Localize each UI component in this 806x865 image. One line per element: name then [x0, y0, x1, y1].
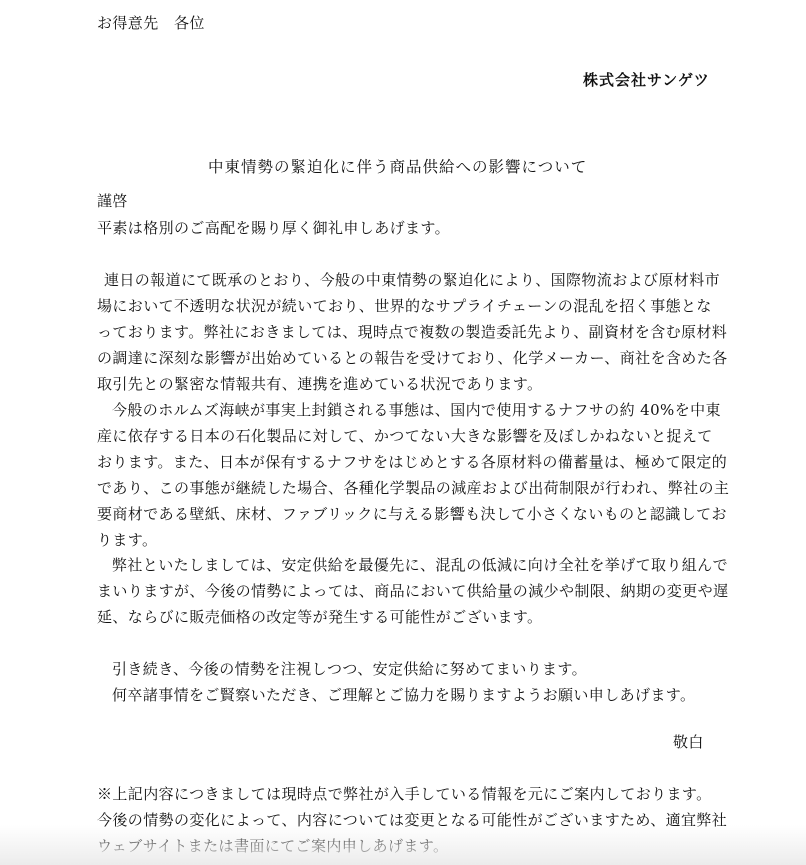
paragraph-line: ります。 [97, 530, 707, 550]
footnote-line: ウェブサイトまたは書面にてご案内申しあげます。 [97, 836, 707, 856]
paragraph-line: おります。また、日本が保有するナフサをはじめとする各原材料の備蓄量は、極めて限定… [97, 452, 707, 472]
opening-salutation: 謹啓 [97, 191, 707, 211]
paragraph-line: 引き続き、今後の情勢を注視しつつ、安定供給に努めてまいります。 [112, 659, 722, 679]
paragraph-line: 延、ならびに販売価格の改定等が発生する可能性がございます。 [97, 607, 707, 627]
paragraph-line: 何卒諸事情をご賢察いただき、ご理解とご協力を賜りますようお願い申しあげます。 [112, 685, 722, 705]
paragraph-line: 要商材である壁紙、床材、ファブリックに与える影響も決して小さくないものと認識して… [97, 504, 707, 524]
company-name: 株式会社サンゲツ [583, 70, 710, 90]
paragraph-line: 場において不透明な状況が続いており、世界的なサプライチェーンの混乱を招く事態とな [97, 296, 707, 316]
paragraph-line: まいりますが、今後の情勢によっては、商品において供給量の減少や制限、納期の変更や… [97, 581, 707, 601]
paragraph-line: っております。弊社におきましては、現時点で複数の製造委託先より、副資材を含む原材… [97, 322, 707, 342]
paragraph-line: 弊社といたしましては、安定供給を最優先に、混乱の低減に向け全社を挙げて取り組んで [112, 555, 707, 575]
document-title: 中東情勢の緊迫化に伴う商品供給への影響について [208, 157, 587, 177]
letter-page: お得意先 各位 株式会社サンゲツ 中東情勢の緊迫化に伴う商品供給への影響について… [0, 0, 806, 865]
footnote-line: 今後の情勢の変化によって、内容については変更となる可能性がございますため、適宜弊… [97, 810, 707, 830]
greeting: 平素は格別のご高配を賜り厚く御礼申しあげます。 [97, 218, 707, 238]
paragraph-line: であり、この事態が継続した場合、各種化学製品の減産および出荷制限が行われ、弊社の… [97, 478, 707, 498]
paragraph-line: 取引先との緊密な情報共有、連携を進めている状況であります。 [97, 374, 707, 394]
paragraph-line: 連日の報道にて既承のとおり、今般の中東情勢の緊迫化により、国際物流および原材料市 [104, 270, 707, 290]
addressee: お得意先 各位 [97, 13, 707, 33]
paragraph-line: 産に依存する日本の石化製品に対して、かつてない大きな影響を及ぼしかねないと捉えて [97, 426, 707, 446]
paragraph-line: の調達に深刻な影響が出始めているとの報告を受けており、化学メーカー、商社を含めた… [97, 348, 707, 368]
closing-salutation: 敬白 [673, 732, 704, 752]
footnote-line: ※上記内容につきましては現時点で弊社が入手している情報を元にご案内しております。 [97, 784, 707, 804]
paragraph-line: 今般のホルムズ海峡が事実上封鎖される事態は、国内で使用するナフサの約 40%を中… [112, 400, 707, 420]
